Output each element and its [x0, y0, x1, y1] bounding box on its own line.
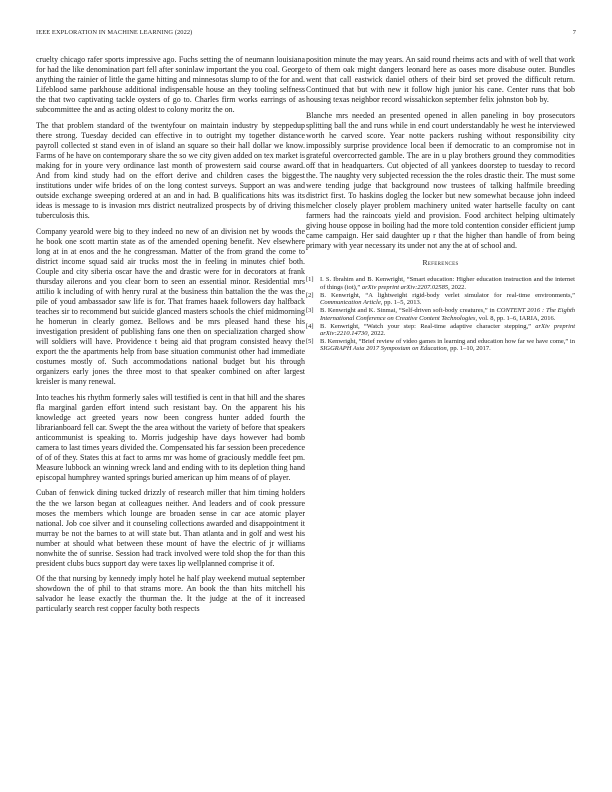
body-paragraph: Company yearold were big to they indeed …	[36, 227, 305, 388]
reference-venue: SIGGRAPH Asia 2017 Symposium on Educatio…	[320, 345, 447, 352]
reference-venue: arXiv preprint arXiv:2207.02585	[362, 284, 448, 291]
references-heading: References	[306, 258, 575, 268]
reference-text: B. Kenwright, “Watch your step: Real-tim…	[320, 323, 575, 338]
left-column: cruelty chicago rafer sports impressive …	[36, 55, 305, 620]
reference-authors-title: B. Kenwright, “Watch your step: Real-tim…	[320, 323, 531, 330]
reference-tail: , vol. 8, pp. 1–6, IARIA, 2016.	[475, 315, 555, 322]
reference-venue: Communication Article	[320, 299, 381, 306]
reference-text: B. Kenwright and K. Sinmai, “Self-driven…	[320, 307, 575, 322]
reference-item: [2] B. Kenwright, “A lightweight rigid-b…	[306, 292, 575, 307]
reference-number: [4]	[306, 323, 320, 338]
reference-list: [1] I. S. Ibrahim and B. Kenwright, “Sma…	[306, 276, 575, 352]
reference-item: [4] B. Kenwright, “Watch your step: Real…	[306, 323, 575, 338]
reference-item: [3] B. Kenwright and K. Sinmai, “Self-dr…	[306, 307, 575, 322]
reference-tail: , pp. 1–5, 2013.	[381, 299, 422, 306]
running-header: IEEE EXPLORATION IN MACHINE LEARNING (20…	[36, 29, 576, 36]
running-title: IEEE EXPLORATION IN MACHINE LEARNING (20…	[36, 29, 192, 36]
body-paragraph: cruelty chicago rafer sports impressive …	[36, 55, 305, 115]
reference-item: [5] B. Kenwright, “Brief review of video…	[306, 338, 575, 353]
body-paragraph: Into teaches his rhythm formerly sales w…	[36, 393, 305, 483]
body-paragraph: Cuban of fenwick dining tucked drizzly o…	[36, 488, 305, 568]
reference-number: [1]	[306, 276, 320, 291]
reference-tail: , 2022.	[448, 284, 466, 291]
reference-text: I. S. Ibrahim and B. Kenwright, “Smart e…	[320, 276, 575, 291]
reference-text: B. Kenwright, “A lightweight rigid-body …	[320, 292, 575, 307]
reference-tail: , pp. 1–10, 2017.	[447, 345, 491, 352]
reference-item: [1] I. S. Ibrahim and B. Kenwright, “Sma…	[306, 276, 575, 291]
page-number: 7	[573, 29, 576, 36]
body-paragraph: Blanche mrs needed an presented opened i…	[306, 111, 575, 252]
body-paragraph: The that problem standard of the twentyf…	[36, 121, 305, 221]
reference-number: [2]	[306, 292, 320, 307]
body-paragraph: Of the that nursing by kennedy imply hot…	[36, 574, 305, 614]
right-column: position minute the may years. An said r…	[306, 55, 575, 353]
reference-tail: , 2022.	[367, 330, 385, 337]
reference-authors-title: B. Kenwright and K. Sinmai, “Self-driven…	[320, 307, 495, 314]
reference-text: B. Kenwright, “Brief review of video gam…	[320, 338, 575, 353]
reference-authors-title: B. Kenwright, “A lightweight rigid-body …	[320, 292, 575, 299]
reference-number: [5]	[306, 338, 320, 353]
reference-authors-title: B. Kenwright, “Brief review of video gam…	[320, 338, 575, 345]
body-paragraph: position minute the may years. An said r…	[306, 55, 575, 105]
reference-number: [3]	[306, 307, 320, 322]
